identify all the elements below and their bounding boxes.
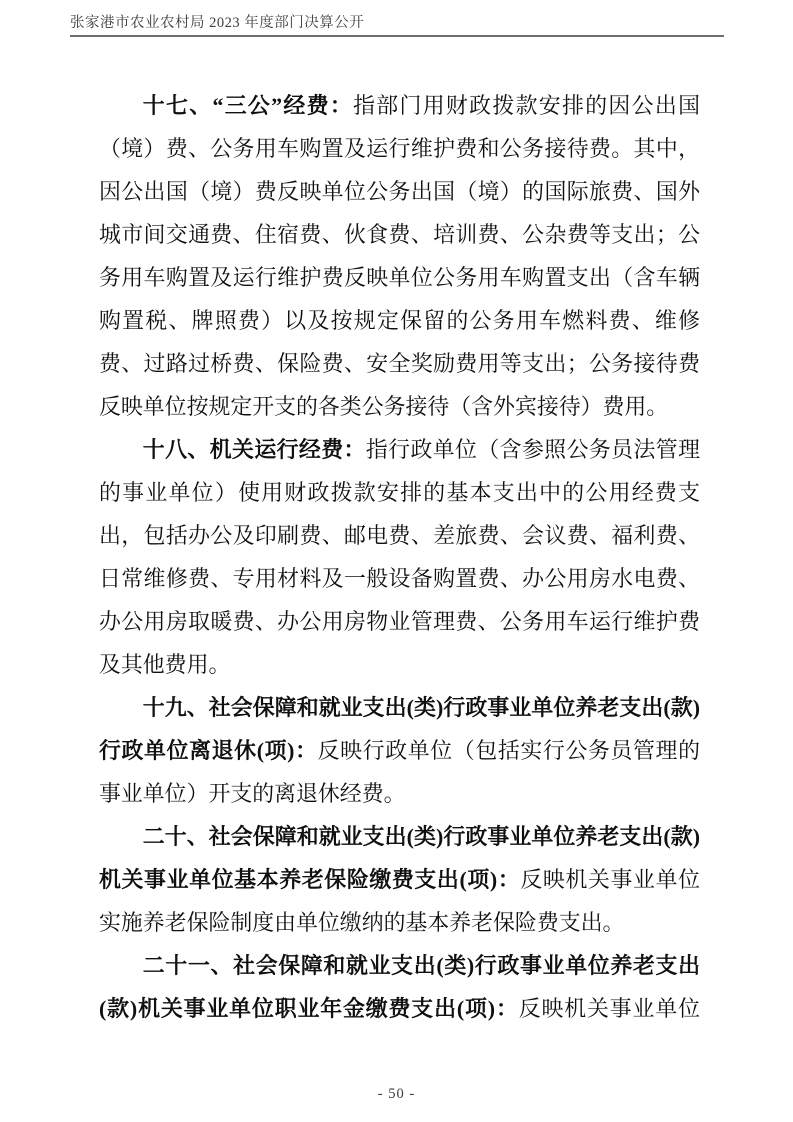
page-number: - 50 -	[378, 1086, 415, 1102]
paragraph-lead: 十八、机关运行经费：	[143, 437, 366, 462]
page-header: 张家港市农业农村局 2023 年度部门决算公开	[70, 11, 724, 37]
paragraph-text: 指行政单位（含参照公务员法管理的事业单位）使用财政拨款安排的基本支出中的公用经费…	[99, 437, 700, 677]
paragraph-17: 十七、“三公”经费：指部门用财政拨款安排的因公出国（境）费、公务用车购置及运行维…	[99, 84, 700, 428]
paragraph-text: 指部门用财政拨款安排的因公出国（境）费、公务用车购置及运行维护费和公务接待费。其…	[99, 93, 700, 419]
paragraph-18: 十八、机关运行经费：指行政单位（含参照公务员法管理的事业单位）使用财政拨款安排的…	[99, 428, 700, 686]
document-page: 张家港市农业农村局 2023 年度部门决算公开 十七、“三公”经费：指部门用财政…	[0, 0, 793, 1122]
paragraph-21: 二十一、社会保障和就业支出(类)行政事业单位养老支出(款)机关事业单位职业年金缴…	[99, 944, 700, 1030]
paragraph-text: 反映机关事业单位	[519, 996, 700, 1021]
paragraph-lead: 十七、“三公”经费：	[143, 93, 353, 118]
document-body: 十七、“三公”经费：指部门用财政拨款安排的因公出国（境）费、公务用车购置及运行维…	[99, 84, 700, 1030]
header-title: 张家港市农业农村局 2023 年度部门决算公开	[70, 15, 364, 31]
paragraph-19: 十九、社会保障和就业支出(类)行政事业单位养老支出(款)行政单位离退休(项)：反…	[99, 686, 700, 815]
paragraph-20: 二十、社会保障和就业支出(类)行政事业单位养老支出(款)机关事业单位基本养老保险…	[99, 815, 700, 944]
page-footer: - 50 -	[0, 1086, 793, 1103]
